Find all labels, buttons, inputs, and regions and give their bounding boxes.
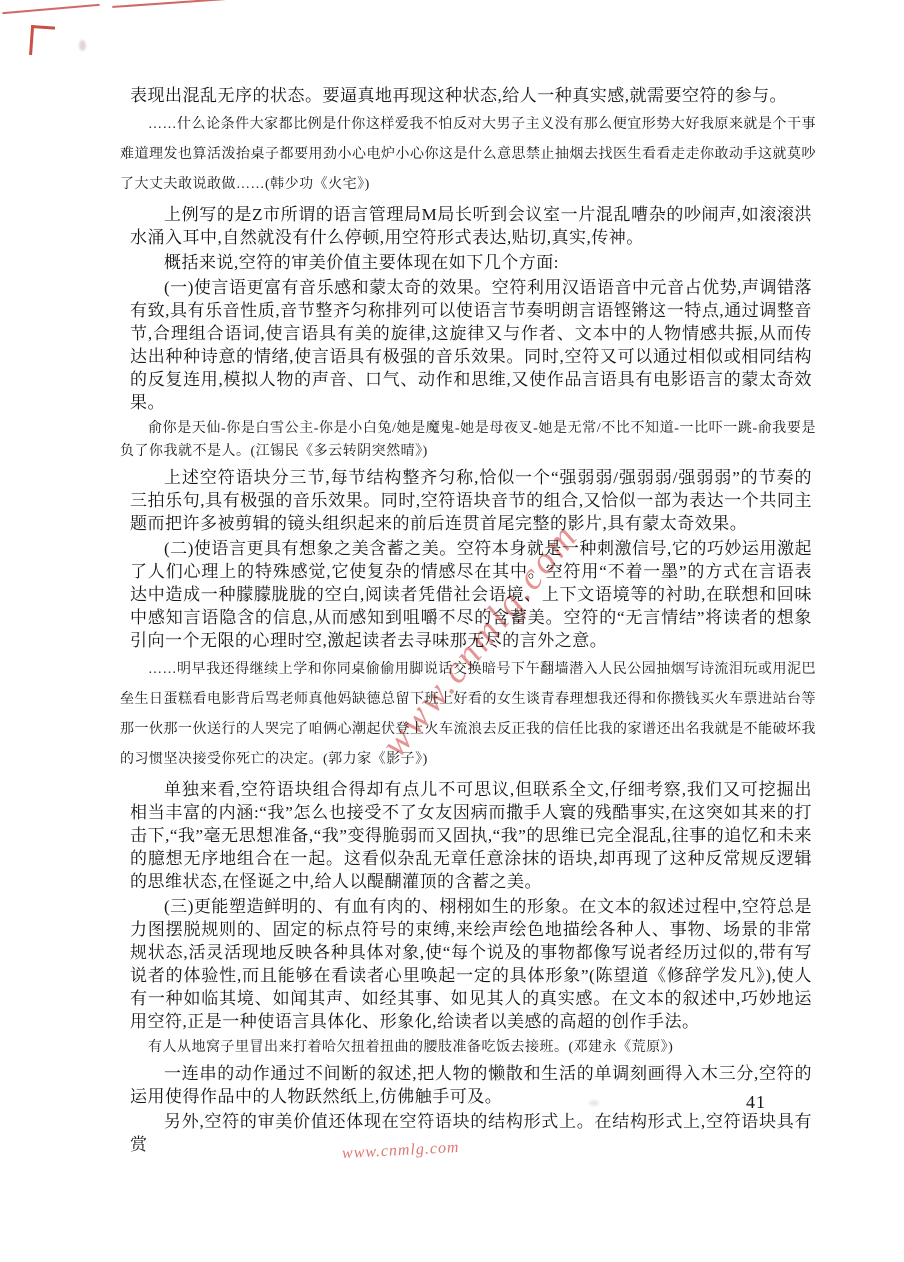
- red-pen-stroke-2: [112, 0, 226, 8]
- paragraph: 一连串的动作通过不间断的叙述,把人物的懒散和生活的单调刻画得入木三分,空符的运用…: [130, 1062, 812, 1108]
- paragraph-last: 另外,空符的审美价值还体现在空符语块的结构形式上。在结构形式上,空符语块具有赏: [130, 1110, 812, 1156]
- scan-smudge: [79, 40, 86, 51]
- paragraph-continuation: 表现出混乱无序的状态。要逼真地再现这种状态,给人一种真实感,就需要空符的参与。: [130, 84, 812, 107]
- paragraph: 单独来看,空符语块组合得却有点儿不可思议,但联系全文,仔细考察,我们又可挖掘出相…: [130, 778, 812, 893]
- paragraph: 概括来说,空符的审美价值主要体现在如下几个方面:: [130, 251, 812, 274]
- red-corner-mark-vertical: [29, 25, 34, 55]
- page-number: 41: [746, 1092, 766, 1113]
- quote-block-hanshaogong: ……什么论条件大家都比例是什你这样爱我不怕反对大男子主义没有那么便宜形势大好我原…: [120, 110, 816, 200]
- page-text-block: 表现出混乱无序的状态。要逼真地再现这种状态,给人一种真实感,就需要空符的参与。 …: [130, 84, 812, 1158]
- paragraph: 上例写的是Z市所谓的语言管理局M局长听到会议室一片混乱嘈杂的吵闹声,如滚滚洪水涌…: [130, 203, 812, 249]
- paragraph-point-two: (二)使语言更具有想象之美含蓄之美。空符本身就是一种刺激信号,它的巧妙运用激起了…: [130, 537, 812, 652]
- red-corner-mark-horizontal: [31, 25, 55, 29]
- quote-block-guolijia: ……明早我还得继续上学和你同桌偷偷用脚说话交换暗号下午翻墙潜入人民公园抽烟写诗流…: [120, 655, 816, 775]
- paragraph-point-three: (三)更能塑造鲜明的、有血有肉的、栩栩如生的形象。在文本的叙述过程中,空符总是力…: [130, 895, 812, 1033]
- quote-block-jiangximin: 俞你是天仙-你是白雪公主-你是小白兔/她是魔鬼-她是母夜叉-她是无常/不比不知道…: [120, 417, 816, 463]
- scanned-page: www.cnmlg.com 表现出混乱无序的状态。要逼真地再现这种状态,给人一种…: [0, 0, 904, 1262]
- quote-block-dengjianyong: 有人从地窝子里冒出来打着哈欠扭着扭曲的腰肢准备吃饭去接班。(邓建永《荒原》): [120, 1036, 816, 1059]
- paragraph: 上述空符语块分三节,每节结构整齐匀称,恰似一个“强弱弱/强弱弱/强弱弱”的节奏的…: [130, 466, 812, 535]
- paragraph-point-one: (一)使言语更富有音乐感和蒙太奇的效果。空符利用汉语语音中元音占优势,声调错落有…: [130, 276, 812, 414]
- red-pen-stroke-1: [2, 4, 100, 15]
- red-corner-mark: [29, 25, 61, 59]
